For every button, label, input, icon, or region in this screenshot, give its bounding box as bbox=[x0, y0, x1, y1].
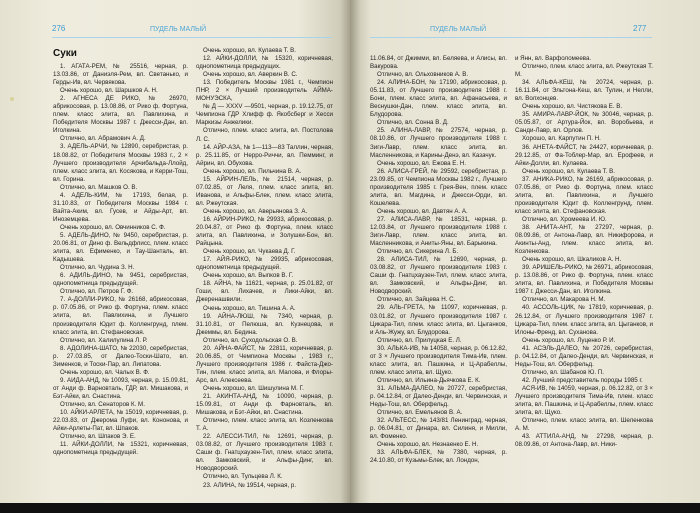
entry-paragraph: Отлично, вл. Тульцева Л. К. bbox=[196, 473, 333, 481]
entry-paragraph: 20. АЙНА-ФАЙСТ, № 22811, коричневая, р. … bbox=[196, 345, 333, 385]
entry-paragraph: 36. АНЕТА-ФАЙСТ, № 24427, коричневая, р.… bbox=[515, 144, 653, 168]
right-header-rule bbox=[370, 37, 652, 38]
entry-paragraph: Очень хорошо, вл. Чукаева Д. Г. bbox=[196, 248, 333, 256]
entry-paragraph: Очень хорошо, вл. Тишина А. А. bbox=[196, 305, 333, 313]
entry-paragraph: 3. АДЕЛЬ-АРЧИ, № 12890, серебристая, р. … bbox=[53, 143, 188, 183]
entry-paragraph: Отлично, вл. Ильина-Дьячкова Е. К. bbox=[370, 377, 507, 385]
entry-paragraph: Отлично, вл. Прилуцкая Е. Л. bbox=[370, 337, 507, 345]
entry-paragraph: Отлично, вл. Сонна В. Д. bbox=[370, 119, 507, 127]
entry-paragraph: 6. АДИЛЬ-ДИНО, № 9451, серебристая, одно… bbox=[53, 272, 188, 288]
entry-paragraph: 32. АЛЬТЕСС, № 143/81 Ленинград, черная,… bbox=[370, 417, 507, 441]
entry-paragraph: Очень хорошо, вл. Чалых В. Ф. bbox=[53, 369, 188, 377]
section-title: Суки bbox=[53, 48, 77, 59]
entry-paragraph: Отлично, вл. Шпаков Э. Е. bbox=[53, 433, 188, 441]
entry-paragraph: Очень хорошо, вл. Шкаликов А. Н. bbox=[515, 256, 653, 264]
entry-paragraph: 43. АТТИЛА-АНД, № 27298, черная, р. 08.0… bbox=[515, 433, 653, 449]
entry-paragraph: 4. АДЕЛЬ-КИМ, № 17193, белая, р. 31.10.8… bbox=[53, 192, 188, 224]
entry-paragraph: Отлично, вл. Петров Г. Ф. bbox=[53, 288, 188, 296]
entry-paragraph: Отлично, плем. класс элита, вл. Козленко… bbox=[196, 417, 333, 433]
entry-paragraph: Очень хорошо, вл. Луценко Р. И. bbox=[515, 337, 653, 345]
entry-paragraph: Отлично, вл. Машков О. В. bbox=[53, 184, 188, 192]
entry-paragraph: Отлично, вл. Хромеева И. Ю. bbox=[515, 216, 653, 224]
entry-paragraph: 28. АЛИСА-ТИЛ, № 12690, черная, р. 03.08… bbox=[370, 256, 507, 296]
book-gutter bbox=[340, 0, 360, 503]
entry-paragraph: Очень хорошо, вл. Кулаева Т. В. bbox=[515, 168, 653, 176]
entry-paragraph: Отлично, вл. Абрамович А. Д. bbox=[53, 135, 188, 143]
entry-paragraph: 17. АЙЯ-РИКО, № 29935, абрикосовая, одно… bbox=[196, 256, 333, 272]
entry-paragraph: 11. АЙКИ-ДОЛЛИ, № 15321, коричневая, одн… bbox=[53, 441, 188, 457]
left-page-number: 276 bbox=[52, 24, 65, 36]
right-column-2: и Янн, вл. Варфоломеева.Отлично, плем. к… bbox=[515, 55, 653, 449]
entry-paragraph: 29. АЛЬ-ГРЕТА, № 11097, коричневая, р. 0… bbox=[370, 304, 507, 336]
entry-paragraph: 26. АЛИСА-ГРЕЙ, № 29592, серебристая, р.… bbox=[370, 168, 507, 208]
left-header-rule bbox=[52, 37, 332, 38]
entry-paragraph: Отлично, вл. Ольховников А. В. bbox=[370, 71, 507, 79]
entry-paragraph: 10. АЙКИ-АРЛЕТА, № 15019, коричневая, р.… bbox=[53, 409, 188, 433]
entry-paragraph: Отлично, плем. класс элита, вл. Ржеутска… bbox=[515, 63, 653, 79]
entry-paragraph: 8. АДОЛИНА-ШАТО, № 22030, серебристая, р… bbox=[53, 345, 188, 369]
entry-paragraph: 31. АЛЬМА-ДАЛЕО, № 20727, серебристая, р… bbox=[370, 385, 507, 409]
entry-paragraph: Очень хорошо, вл. Кулаева Т. В. bbox=[196, 47, 333, 55]
entry-paragraph: Отлично, вл. Сенаторов К. М. bbox=[53, 401, 188, 409]
left-page: 276 ПУДЕЛЬ МАЛЫЙ Суки 1. АГАТА-РЕМ, № 25… bbox=[0, 0, 350, 503]
entry-paragraph: 13. Победитель Москвы 1981 г., Чемпион П… bbox=[196, 79, 333, 103]
entry-paragraph: № Д — XXXV —9501, черная, р. 19.12.75, о… bbox=[196, 103, 333, 127]
entry-paragraph: Очень хорошо, вл. Давтян А. А. bbox=[370, 208, 507, 216]
entry-paragraph: 21. АКИНТА-АНД, № 10090, черная, р. 15.0… bbox=[196, 393, 333, 417]
entry-paragraph: 5. АДЕЛЬ-ДИНО, № 9450, серебристая, р. 2… bbox=[53, 232, 188, 264]
entry-paragraph: 23. АЛИНА, № 19514, черная, р. bbox=[196, 482, 333, 490]
entry-paragraph: Очень хорошо, вл. Ежова Е. Н. bbox=[370, 160, 507, 168]
entry-paragraph: 22. АЛЕССИ-ТИЛ, № 12691, черная, р. 03.0… bbox=[196, 433, 333, 473]
entry-paragraph: 38. АНИТА-АНТ, № 27297, черная, р. 08.09… bbox=[515, 224, 653, 256]
entry-paragraph: Очень хорошо, вл. Шаршков А. Н. bbox=[53, 87, 188, 95]
entry-paragraph: Очень хорошо, вл. Аверкин В. С. bbox=[196, 71, 333, 79]
entry-paragraph: Отлично, плем. класс элита, вл. Постолов… bbox=[196, 127, 333, 143]
entry-paragraph: Очень хорошо, вл. Незнаенко Е. Н. bbox=[370, 441, 507, 449]
entry-paragraph: 18. АЙНА, № 11621, черная, р. 25.01.82, … bbox=[196, 280, 333, 304]
entry-paragraph: 33. АЛЬФА-БЛЕК, № 7380, черная, р. 24.10… bbox=[370, 449, 507, 465]
entry-paragraph: Отлично, вл. Сикерина Л. Б. bbox=[370, 248, 507, 256]
scan-bottom-edge bbox=[0, 503, 700, 513]
entry-paragraph: 15. АЙРИН-ЛЕЛЬ, № 21514, черная, р. 07.0… bbox=[196, 176, 333, 208]
entry-paragraph: Очень хорошо, вл. Пильчина В. А. bbox=[196, 168, 333, 176]
entry-paragraph: Отлично, вл. Суходольская О. В. bbox=[196, 337, 333, 345]
entry-paragraph: 1. АГАТА-РЕМ, № 25516, черная, р. 13.03.… bbox=[53, 63, 188, 87]
entry-paragraph: АСЯ-ИВ, № 14059, черная, р. 06.12.82, от… bbox=[515, 385, 653, 417]
entry-paragraph: Отлично, вл. Чудина З. Н. bbox=[53, 264, 188, 272]
entry-paragraph: 2. АГНЕСА ДЕ РИКО, № 26970, абрикосовая,… bbox=[53, 95, 188, 135]
book-spread: 276 ПУДЕЛЬ МАЛЫЙ Суки 1. АГАТА-РЕМ, № 25… bbox=[0, 0, 700, 503]
entry-paragraph: Отлично, вл. Шабанов Ю. П. bbox=[515, 369, 653, 377]
entry-paragraph: Очень хорошо, вл. Аверьянова З. А. bbox=[196, 208, 333, 216]
entry-paragraph: 39. АРИШЕЛЬ-РИКО, № 26971, абрикосовая, … bbox=[515, 264, 653, 296]
entry-paragraph: 34. АЛЬФА-КЕШ, № 20724, черная, р. 16.11… bbox=[515, 79, 653, 103]
entry-paragraph: Отлично, вл. Зайцева Н. С. bbox=[370, 296, 507, 304]
entry-paragraph: Отлично, вл. Халилулина Л. Р. bbox=[53, 337, 188, 345]
entry-paragraph: 12. АЙКИ-ДОЛЛИ, № 15320, коричневая, одн… bbox=[196, 55, 333, 71]
entry-paragraph: 7. А-ДОЛЛИ-РИКО, № 26168, абрикосовая, р… bbox=[53, 296, 188, 336]
left-column-1: 1. АГАТА-РЕМ, № 25516, черная, р. 13.03.… bbox=[53, 63, 188, 457]
entry-paragraph: 11.06.84, от Джимми, вл. Беляева, и Алис… bbox=[370, 55, 507, 71]
entry-paragraph: и Янн, вл. Варфоломеева. bbox=[515, 55, 653, 63]
right-page: ПУДЕЛЬ МАЛЫЙ 277 11.06.84, от Джимми, вл… bbox=[350, 0, 700, 503]
entry-paragraph: 27. АЛИСА-ЛАВР, № 18531, черная, р. 12.0… bbox=[370, 216, 507, 248]
entry-paragraph: 16. АЙРИН-РИКО, № 29933, абрикосовая, р.… bbox=[196, 216, 333, 248]
entry-paragraph: Отлично, вл. Макарова Н. М. bbox=[515, 296, 653, 304]
entry-paragraph: Отлично, вл. Емельянов В. А. bbox=[370, 409, 507, 417]
entry-paragraph: Отлично, плем. класс элита, вл. Шеленков… bbox=[515, 417, 653, 433]
entry-paragraph: 40. АССОЛЬ-ЦИК, № 17819, коричневая, р. … bbox=[515, 304, 653, 336]
entry-paragraph: Очень хорошо, вл. Овчинников С. Ф. bbox=[53, 224, 188, 232]
entry-paragraph: 37. АНИКА-РИКО, № 26169, абрикосовая, р.… bbox=[515, 176, 653, 216]
left-column-2: Очень хорошо, вл. Кулаева Т. В.12. АЙКИ-… bbox=[196, 47, 333, 490]
right-page-number: 277 bbox=[633, 24, 646, 36]
entry-paragraph: Хорошо, вл. Карпутин П. Н. bbox=[515, 135, 653, 143]
entry-paragraph: 19. АЙНА-ЛЮШ, № 7340, черная, р. 31.10.8… bbox=[196, 313, 333, 337]
entry-paragraph: 24. АЛИНА-БОН, № 17190, абрикосовая, р. … bbox=[370, 79, 507, 119]
entry-paragraph: 41. АСЭЛЬ-ДАЛЕО, № 20726, серебристая, р… bbox=[515, 345, 653, 369]
entry-paragraph: 25. АЛИНА-ЛАВР, № 27574, черная, р. 08.1… bbox=[370, 127, 507, 159]
entry-paragraph: 42. Лучший представитель породы 1985 г. bbox=[515, 377, 653, 385]
entry-paragraph: Очень хорошо, вл. Шишулина М. Г. bbox=[196, 385, 333, 393]
entry-paragraph: 9. АИДА-АНД, № 10093, черная, р. 15.09.8… bbox=[53, 377, 188, 401]
paper-speck bbox=[10, 97, 14, 101]
entry-paragraph: 35. АМИРА-ЛАВР-ЙОК, № 30046, черная, р. … bbox=[515, 111, 653, 135]
entry-paragraph: 30. АЛЬКА-ИВ, № 14058, черная, р. 06.12.… bbox=[370, 345, 507, 377]
right-column-1: 11.06.84, от Джимми, вл. Беляева, и Алис… bbox=[370, 55, 507, 465]
entry-paragraph: 14. АЙР-АЗА, № 1—113—83 Таллин, черная, … bbox=[196, 144, 333, 168]
